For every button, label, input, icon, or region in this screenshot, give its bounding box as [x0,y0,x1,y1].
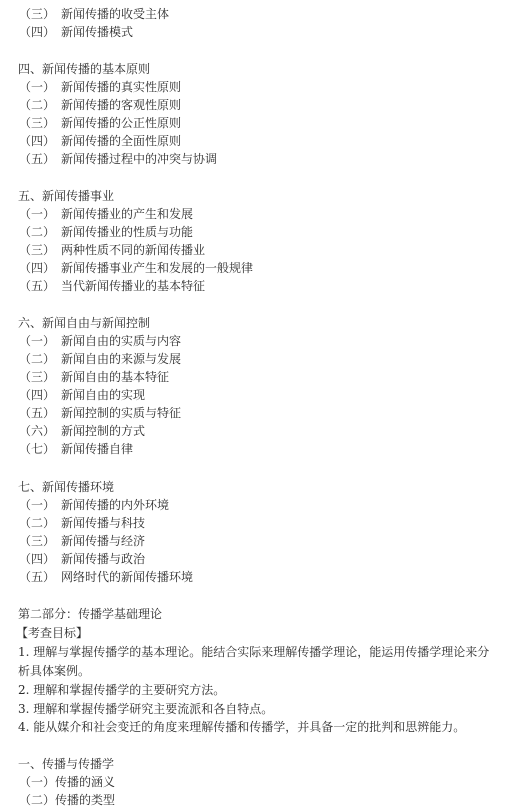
section-heading: 一、传播与传播学 [18,755,114,773]
outline-item: （一）传播的涵义 [19,773,115,791]
outline-item: （三）两种性质不同的新闻传播业 [19,241,205,259]
goal-item: 2. 理解和掌握传播学的主要研究方法。 [18,681,225,699]
outline-item: （四）新闻传播事业产生和发展的一般规律 [19,259,253,277]
part-heading: 第二部分：传播学基础理论 [18,605,162,623]
outline-item: （四）新闻传播与政治 [19,550,145,568]
outline-item: （二）传播的类型 [19,791,115,809]
outline-item: （二）新闻自由的来源与发展 [19,350,181,368]
outline-item: （二）新闻传播业的性质与功能 [19,223,193,241]
outline-item: （一）新闻传播的内外环境 [19,496,169,514]
outline-item: （一）新闻传播业的产生和发展 [19,205,193,223]
outline-item: （四）新闻传播的全面性原则 [19,132,181,150]
outline-item: （三）新闻传播与经济 [19,532,145,550]
outline-item: （五）网络时代的新闻传播环境 [19,568,193,586]
section-heading: 六、新闻自由与新闻控制 [18,314,150,332]
goal-item: 1. 理解与掌握传播学的基本理论。能结合实际来理解传播学理论，能运用传播学理论来… [18,643,489,661]
goal-item: 3. 理解和掌握传播学研究主要流派和各自特点。 [18,700,273,718]
outline-item: （七）新闻传播自律 [19,440,133,458]
outline-item: （一）新闻自由的实质与内容 [19,332,181,350]
outline-item: （三）新闻自由的基本特征 [19,368,169,386]
outline-item: （五）当代新闻传播业的基本特征 [19,277,205,295]
section-heading: 五、新闻传播事业 [18,187,114,205]
outline-item: （二）新闻传播与科技 [19,514,145,532]
outline-item: （五）新闻传播过程中的冲突与协调 [19,150,217,168]
outline-item: （二）新闻传播的客观性原则 [19,96,181,114]
goals-heading: 【考查目标】 [16,624,88,642]
section-heading: 四、新闻传播的基本原则 [18,60,150,78]
goal-item: 4. 能从媒介和社会变迁的角度来理解传播和传播学，并具备一定的批判和思辨能力。 [18,718,465,736]
outline-item: （四）新闻传播模式 [19,23,133,41]
section-heading: 七、新闻传播环境 [18,478,114,496]
outline-item: （三）新闻传播的收受主体 [19,5,169,23]
goal-item-continuation: 析具体案例。 [18,662,90,680]
outline-item: （五）新闻控制的实质与特征 [19,404,181,422]
outline-item: （六）新闻控制的方式 [19,422,145,440]
outline-item: （一）新闻传播的真实性原则 [19,78,181,96]
outline-item: （三）新闻传播的公正性原则 [19,114,181,132]
outline-item: （四）新闻自由的实现 [19,386,145,404]
